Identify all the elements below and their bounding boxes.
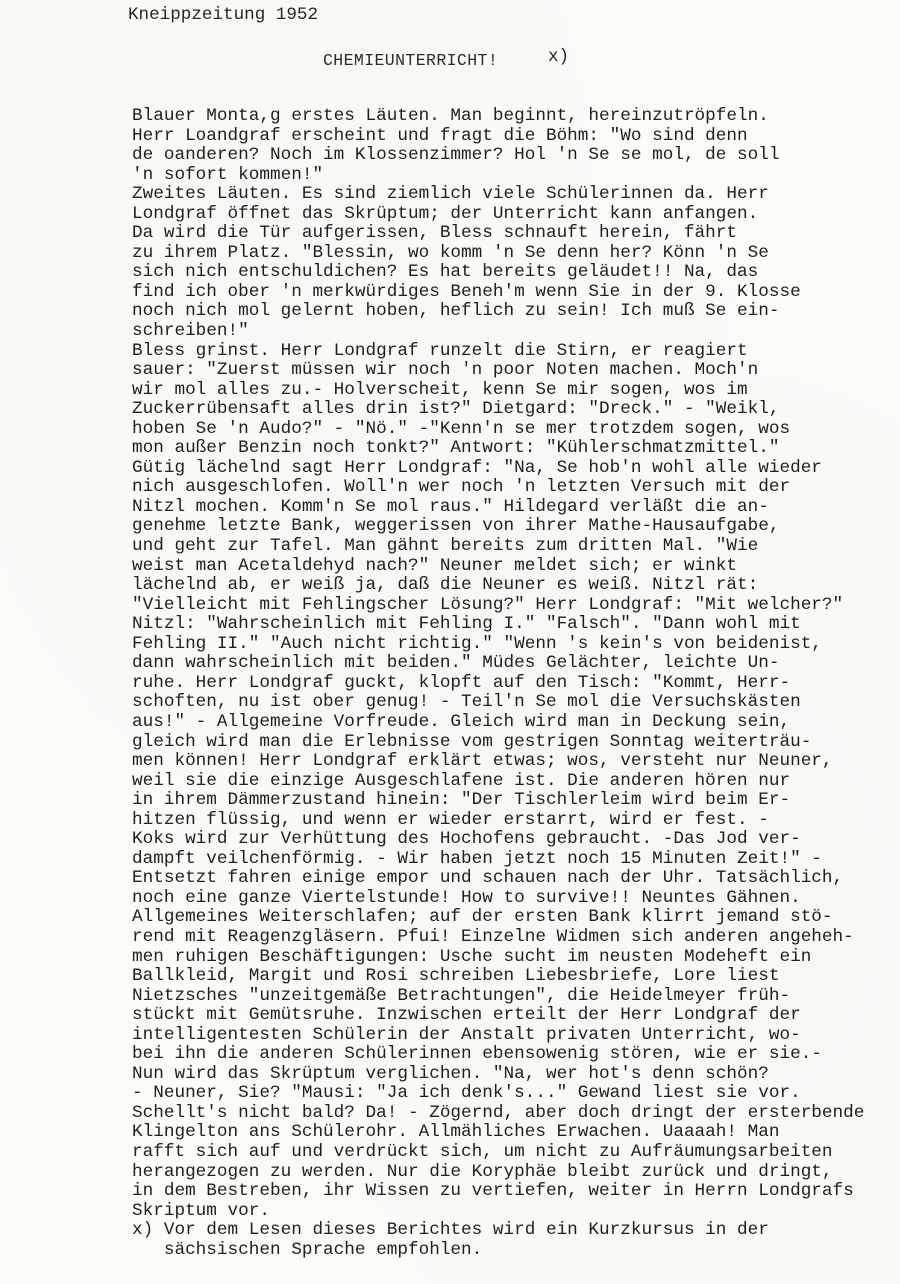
body-line: intelligentesten Schülerin der Anstalt p… (132, 1026, 864, 1046)
body-line: herangezogen zu werden. Nur die Koryphäe… (132, 1163, 864, 1183)
body-line: Zweites Läuten. Es sind ziemlich viele S… (132, 185, 864, 205)
body-line: weil sie die einzige Ausgeschlafene ist.… (132, 772, 864, 792)
body-line: rafft sich auf und verdrückt sich, um ni… (132, 1143, 864, 1163)
body-line: Fehling II." "Auch nicht richtig." "Wenn… (132, 635, 864, 655)
body-line: Blauer Monta,g erstes Läuten. Man beginn… (132, 107, 864, 127)
body-line: wir mol alles zu.- Holverscheit, kenn Se… (132, 381, 864, 401)
body-line: sauer: "Zuerst müssen wir noch 'n poor N… (132, 361, 864, 381)
body-line: find ich ober 'n merkwürdiges Beneh'm we… (132, 283, 864, 303)
body-line: aus!" - Allgemeine Vorfreude. Gleich wir… (132, 713, 864, 733)
body-line: sich nich entschuldichen? Es hat bereits… (132, 263, 864, 283)
body-line: hitzen flüssig, und wenn er wieder ersta… (132, 811, 864, 831)
body-line: und geht zur Tafel. Man gähnt bereits zu… (132, 537, 864, 557)
body-line: Koks wird zur Verhüttung des Hochofens g… (132, 830, 864, 850)
body-line: mon außer Benzin noch tonkt?" Antwort: "… (132, 439, 864, 459)
body-line: Klingelton ans Schülerohr. Allmähliches … (132, 1123, 864, 1143)
body-line: Zuckerrübensaft alles drin ist?" Dietgar… (132, 400, 864, 420)
body-line: Nitzl mochen. Komm'n Se mol raus." Hilde… (132, 498, 864, 518)
body-line: Allgemeines Weiterschlafen; auf der erst… (132, 908, 864, 928)
body-line: men ruhigen Beschäftigungen: Usche sucht… (132, 948, 864, 968)
body-line: Londgraf öffnet das Skrüptum; der Unterr… (132, 205, 864, 225)
body-line: hoben Se 'n Audo?" - "Nö." -"Kenn'n se m… (132, 420, 864, 440)
body-line: Herr Loandgraf erscheint und fragt die B… (132, 127, 864, 147)
body-line: men können! Herr Londgraf erklärt etwas;… (132, 752, 864, 772)
footnote-line: sächsischen Sprache empfohlen. (132, 1241, 769, 1261)
title-footnote-mark: x) (548, 46, 569, 68)
body-line: gleich wird man die Erlebnisse vom gestr… (132, 733, 864, 753)
body-line: nich ausgeschlofen. Woll'n wer noch 'n l… (132, 478, 864, 498)
body-line: weist man Acetaldehyd nach?" Neuner meld… (132, 557, 864, 577)
body-line: Entsetzt fahren einige empor und schauen… (132, 869, 864, 889)
body-line: stückt mit Gemütsruhe. Inzwischen erteil… (132, 1006, 864, 1026)
footnote: x) Vor dem Lesen dieses Berichtes wird e… (132, 1221, 769, 1260)
body-line: in ihrem Dämmerzustand hinein: "Der Tisc… (132, 791, 864, 811)
footnote-line: x) Vor dem Lesen dieses Berichtes wird e… (132, 1221, 769, 1241)
body-line: de oanderen? Noch im Klossenzimmer? Hol … (132, 146, 864, 166)
body-line: 'n sofort kommen!" (132, 166, 864, 186)
typewritten-page: Kneippzeitung 1952 CHEMIEUNTERRICHT! x) … (0, 0, 900, 1284)
body-line: bei ihn die anderen Schülerinnen ebensow… (132, 1045, 864, 1065)
body-line: genehme letzte Bank, weggerissen von ihr… (132, 517, 864, 537)
body-line: schreiben!" (132, 322, 864, 342)
body-line: in dem Bestreben, ihr Wissen zu vertiefe… (132, 1182, 864, 1202)
body-line: noch eine ganze Viertelstunde! How to su… (132, 889, 864, 909)
body-line: lächelnd ab, er weiß ja, daß die Neuner … (132, 576, 864, 596)
body-line: "Vielleicht mit Fehlingscher Lösung?" He… (132, 596, 864, 616)
body-line: schoften, nu ist ober genug! - Teil'n Se… (132, 693, 864, 713)
body-line: Bless grinst. Herr Londgraf runzelt die … (132, 342, 864, 362)
body-line: Ballkleid, Margit und Rosi schreiben Lie… (132, 967, 864, 987)
body-line: Nun wird das Skrüptum verglichen. "Na, w… (132, 1065, 864, 1085)
body-line: zu ihrem Platz. "Blessin, wo komm 'n Se … (132, 244, 864, 264)
body-line: Da wird die Tür aufgerissen, Bless schna… (132, 224, 864, 244)
body-line: Nietzsches "unzeitgemäße Betrachtungen",… (132, 987, 864, 1007)
body-line: Skriptum vor. (132, 1202, 864, 1222)
body-line: Schellt's nicht bald? Da! - Zögernd, abe… (132, 1104, 864, 1124)
body-line: - Neuner, Sie? "Mausi: "Ja ich denk's...… (132, 1084, 864, 1104)
body-line: dann wahrscheinlich mit beiden." Müdes G… (132, 654, 864, 674)
body-line: rend mit Reagenzgläsern. Pfui! Einzelne … (132, 928, 864, 948)
article-body: Blauer Monta,g erstes Läuten. Man beginn… (132, 107, 864, 1221)
newspaper-header: Kneippzeitung 1952 (128, 4, 318, 26)
article-title: CHEMIEUNTERRICHT! (323, 50, 498, 72)
body-line: noch nich mol gelernt hoben, heflich zu … (132, 302, 864, 322)
body-line: ruhe. Herr Londgraf guckt, klopft auf de… (132, 674, 864, 694)
body-line: Nitzl: "Wahrscheinlich mit Fehling I." "… (132, 615, 864, 635)
body-line: Gütig lächelnd sagt Herr Londgraf: "Na, … (132, 459, 864, 479)
body-line: dampft veilchenförmig. - Wir haben jetzt… (132, 850, 864, 870)
